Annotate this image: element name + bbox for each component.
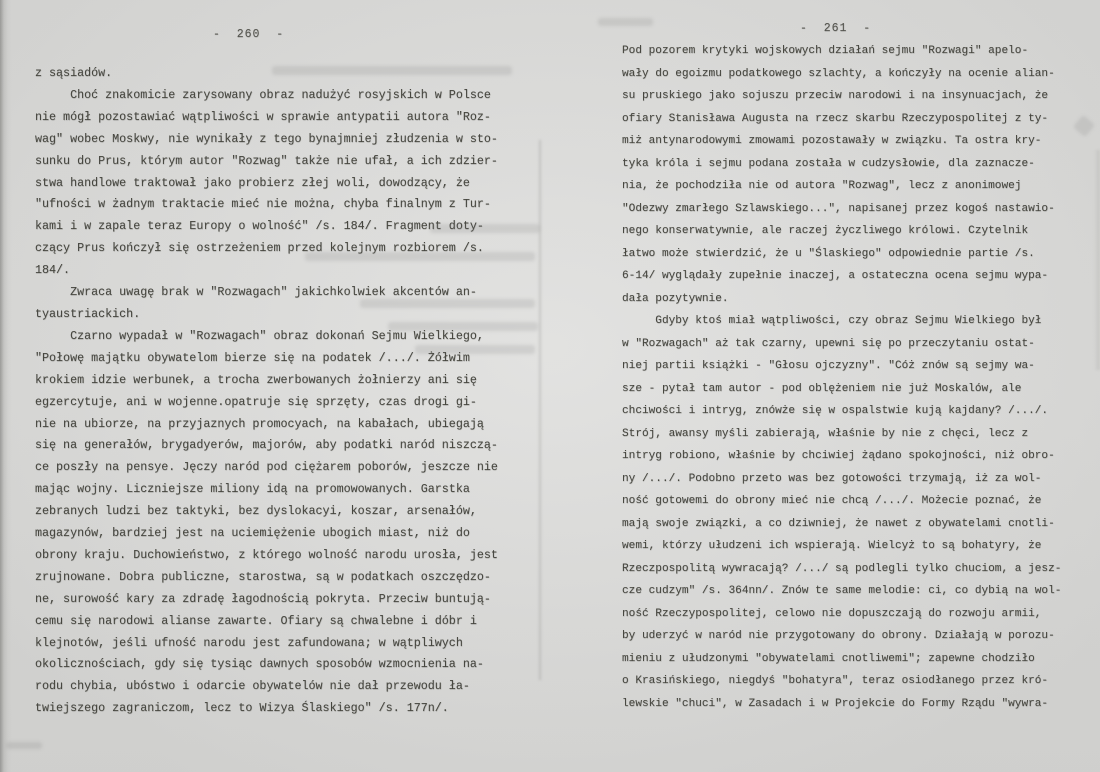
page-number-right: - 261 -	[800, 22, 871, 35]
text-line: nie na ubiorze, na przyjaznych promocyac…	[35, 414, 515, 436]
scan-artifact	[360, 299, 535, 308]
text-line: "Odezwy zmarłego Szlawskiego...", napisa…	[622, 198, 1072, 221]
text-line: sunku do Prus, którym autor "Rozwag" tak…	[35, 151, 515, 173]
text-line: chciwości i intryg, znówże się w ospalst…	[622, 400, 1072, 423]
scan-artifact	[6, 742, 42, 749]
text-line: dała pozytywnie.	[622, 288, 1072, 311]
text-line: magazynów, bardziej jest na uciemiężenie…	[35, 523, 515, 545]
scan-artifact	[272, 66, 512, 75]
scan-artifact	[598, 18, 653, 26]
scan-artifact	[430, 224, 540, 233]
text-line: 184/.	[35, 260, 515, 282]
text-line: krokiem idzie werbunek, a trocha zwerbow…	[35, 370, 515, 392]
page-text-left: z sąsiadów. Choć znakomicie zarysowany o…	[35, 63, 515, 720]
text-line: wały do egoizmu podatkowego szlachty, a …	[622, 63, 1072, 86]
text-line: rodu chybia, ubóstwo i odarcie obywateló…	[35, 676, 515, 698]
text-line: wemi, którzy ułudzeni ich wspierają. Wie…	[622, 535, 1072, 558]
scan-left-edge-shadow	[0, 0, 12, 772]
text-line: ność Rzeczypospolitej, celowo nie dopusz…	[622, 603, 1072, 626]
text-line: twiejszego zagraniczom, lecz to Wizya Śl…	[35, 698, 515, 720]
text-line: intryg robiono, właśnie by chciwiej żąda…	[622, 445, 1072, 468]
text-line: zrujnowane. Dobra publiczne, starostwa, …	[35, 567, 515, 589]
text-line: nie mógł pozostawiać wątpliwości w spraw…	[35, 107, 515, 129]
text-line: mieniu z ułudzonymi "obywatelami cnotliw…	[622, 648, 1072, 671]
text-line: lewskie "chuci", w Zasadach i w Projekci…	[622, 693, 1072, 716]
book-scan: - 260 - z sąsiadów. Choć znakomicie zary…	[0, 0, 1100, 772]
scan-artifact	[415, 345, 535, 354]
text-line: ny /.../. Podobno przeto was bez gotowoś…	[622, 468, 1072, 491]
text-line: cze cudzym" /s. 364nn/. Znów te same mel…	[622, 580, 1072, 603]
text-line: ofiary Stanisława Augusta na rzecz skarb…	[622, 108, 1072, 131]
text-line: ność gotowemi do obrony mieć nie chcą /.…	[622, 490, 1072, 513]
text-line: stwa handlowe traktował jako probierz zł…	[35, 173, 515, 195]
text-line: niej partii książki - "Głosu ojczyzny". …	[622, 355, 1072, 378]
text-line: Pod pozorem krytyki wojskowych działań s…	[622, 40, 1072, 63]
binding-seam	[539, 140, 541, 680]
text-line: o Krasińskiego, niegdyś "bohatyra", tera…	[622, 670, 1072, 693]
text-line: egzercytuje, ani w wojenne.opatruje się …	[35, 392, 515, 414]
scan-right-edge-shadow	[1094, 150, 1100, 370]
text-line: ne, surowość kary za zdradę łagodnością …	[35, 589, 515, 611]
scan-artifact	[1073, 115, 1096, 138]
scan-artifact	[305, 252, 535, 261]
text-line: obrony kraju. Duchowieństwo, z którego w…	[35, 545, 515, 567]
text-line: łatwo może stwierdzić, że u "Ślaskiego" …	[622, 243, 1072, 266]
text-line: klejnotów, jeśli ufność narodu jest zafu…	[35, 633, 515, 655]
page-number-left: - 260 -	[213, 28, 284, 41]
text-line: mając wojny. Liczniejsze miliony idą na …	[35, 479, 515, 501]
text-line: sze - pytał tam autor - pod oblężeniem n…	[622, 378, 1072, 401]
text-line: się na generałów, brygadyerów, majorów, …	[35, 435, 515, 457]
scan-artifact	[388, 322, 538, 331]
text-line: wag" wobec Moskwy, nie wynikały z tego b…	[35, 129, 515, 151]
text-line: 6-14/ wyglądały zupełnie inaczej, a osta…	[622, 265, 1072, 288]
text-line: nia, że pochodziła nie od autora "Rozwag…	[622, 175, 1072, 198]
text-line: Gdyby ktoś miał wątpliwości, czy obraz S…	[622, 310, 1072, 333]
text-line: cemu się narodowi alianse zawarte. Ofiar…	[35, 611, 515, 633]
text-line: mają swoje związki, a co dziwniej, że na…	[622, 513, 1072, 536]
text-line: miż antynarodowymi zmowami pozostawały w…	[622, 130, 1072, 153]
text-line: ce poszły na pensye. Jęczy naród pod cię…	[35, 457, 515, 479]
page-text-right: Pod pozorem krytyki wojskowych działań s…	[622, 40, 1072, 715]
text-line: Rzeczpospolitą wywracają? /.../ są podle…	[622, 558, 1072, 581]
text-line: zebranych ludzi bez taktyki, bez dysloka…	[35, 501, 515, 523]
text-line: Choć znakomicie zarysowany obraz nadużyć…	[35, 85, 515, 107]
text-line: "ufności w żadnym traktacie mieć nie moż…	[35, 194, 515, 216]
text-line: by uderzyć w naród nie przygotowany do o…	[622, 625, 1072, 648]
text-line: w "Rozwagach" aż tak czarny, upewni się …	[622, 333, 1072, 356]
text-line: nego konserwatywnie, ale raczej życzliwe…	[622, 220, 1072, 243]
text-line: okolicznościach, gdy się tysiąc dawnych …	[35, 654, 515, 676]
text-line: Strój, awansy myśli zabierają, właśnie b…	[622, 423, 1072, 446]
text-line: su pruskiego jako sojuszu przeciw narodo…	[622, 85, 1072, 108]
text-line: tyka króla i sejmu podana została w cudz…	[622, 153, 1072, 176]
